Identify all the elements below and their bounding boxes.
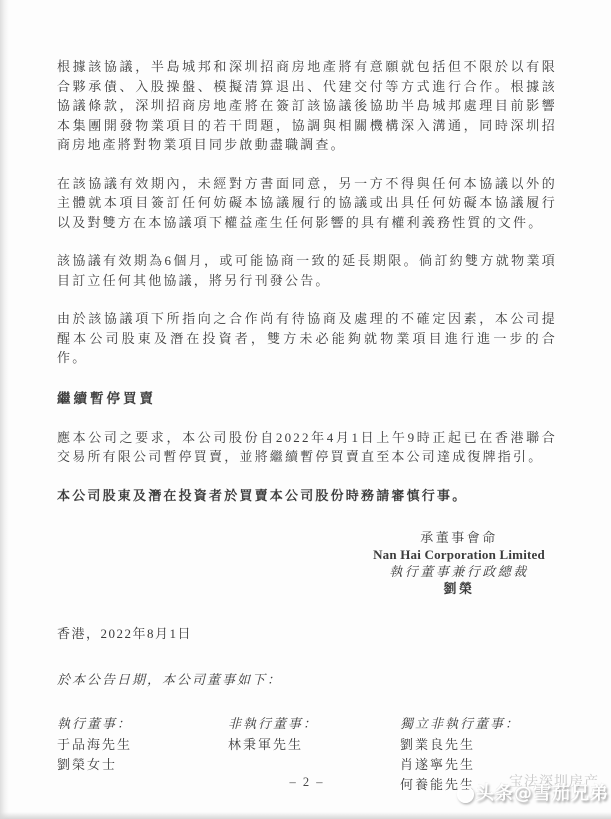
directors-column-header: 獨立非執行董事： (400, 714, 557, 734)
director-name: 林秉軍先生 (228, 735, 400, 755)
signatory-title: 執行董事兼行政總裁 (361, 563, 557, 580)
director-name: 劉榮女士 (57, 755, 228, 775)
page-left-scan-edge (0, 0, 9, 819)
company-name: Nan Hai Corporation Limited (361, 546, 557, 563)
signatory-name: 劉榮 (361, 580, 557, 597)
director-name: 于品海先生 (57, 735, 228, 755)
caution-statement: 本公司股東及潛在投資者於買賣本公司股份時務請審慎行事。 (57, 486, 557, 506)
announcement-page: 根據該協議，半島城邦和深圳招商房地產將有意願就包括但不限於以有限合夥承債、入股操… (0, 0, 611, 819)
dateline: 香港，2022年8月1日 (57, 623, 557, 642)
signature-block: 承董事會命 Nan Hai Corporation Limited 執行董事兼行… (361, 529, 557, 597)
paragraph-validity-period: 該協議有效期為6個月，或可能協商一致的延長期限。倘訂約雙方就物業項目訂立任何其他… (57, 251, 557, 290)
watermark-badge-text: 头条@雪茄兄弟 (476, 783, 609, 804)
paragraph-trading-suspension: 應本公司之要求，本公司股份自2022年4月1日上午9時正起已在香港聯合交易所有限… (57, 428, 557, 467)
toutiao-logo-icon (457, 786, 474, 803)
directors-column-header: 非執行董事： (228, 714, 400, 734)
page-bottom-scan-edge (0, 812, 611, 819)
section-heading-continued-suspension: 繼續暫停買賣 (57, 387, 557, 407)
watermark: 宝法深圳房产 头条@雪茄兄弟 (434, 771, 609, 811)
director-name: 劉業良先生 (400, 735, 557, 755)
document-body: 根據該協議，半島城邦和深圳招商房地產將有意願就包括但不限於以有限合夥承債、入股操… (57, 57, 557, 795)
paragraph-exclusivity: 在該協議有效期內，未經對方書面同意，另一方不得與任何本協議以外的主體就本項目簽訂… (57, 174, 557, 233)
paragraph-cooperation-agreement: 根據該協議，半島城邦和深圳招商房地產將有意願就包括但不限於以有限合夥承債、入股操… (57, 57, 557, 155)
by-order-of-board: 承董事會命 (361, 529, 557, 546)
watermark-badge: 头条@雪茄兄弟 (457, 779, 609, 805)
paragraph-uncertainty-reminder: 由於該協議項下所指向之合作尚有待協商及處理的不確定因素，本公司提醒本公司股東及潛… (57, 309, 557, 368)
directors-intro: 於本公告日期，本公司董事如下： (57, 669, 557, 688)
directors-column-header: 執行董事： (57, 714, 228, 734)
